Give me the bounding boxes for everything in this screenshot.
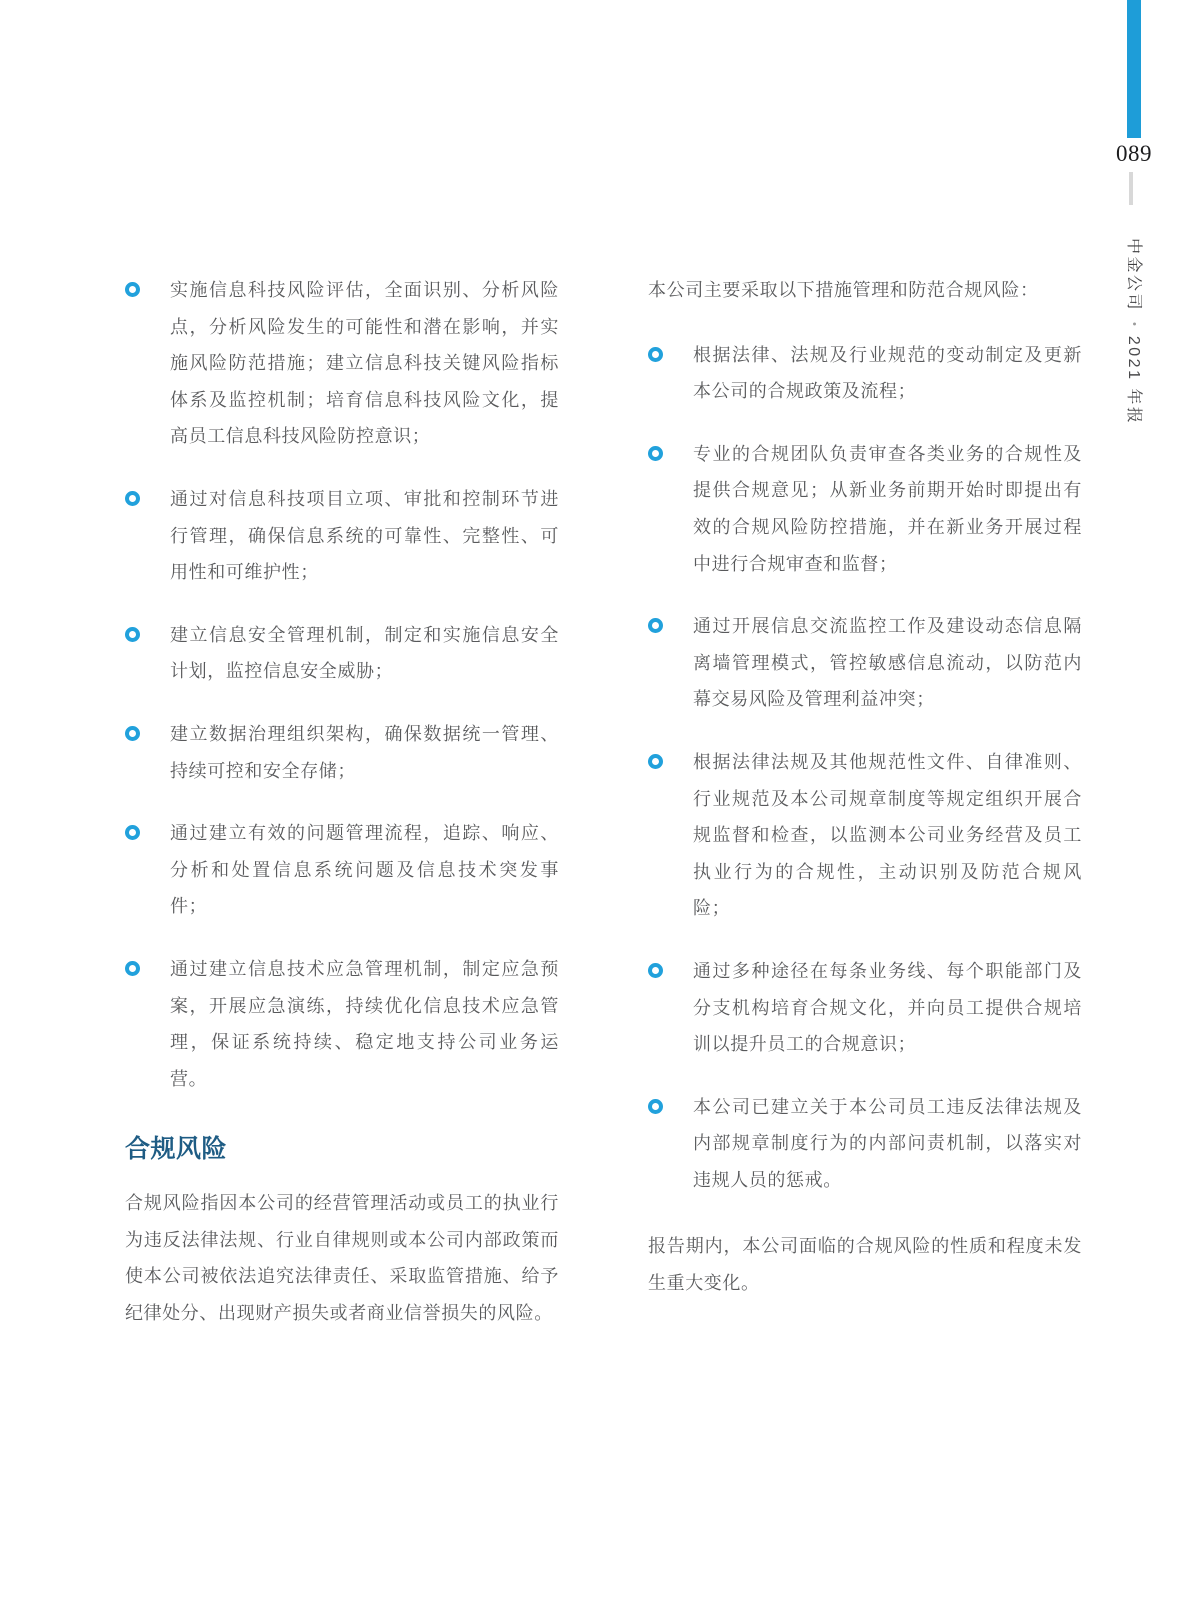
bullet-text: 根据法律法规及其他规范性文件、自律准则、行业规范及本公司规章制度等规定组织开展合… [693,744,1082,927]
reporting-period-closing-paragraph: 报告期内，本公司面临的合规风险的性质和程度未发生重大变化。 [648,1228,1082,1301]
bullet-text: 根据法律、法规及行业规范的变动制定及更新本公司的合规政策及流程； [693,337,1082,410]
bullet-ring-icon [125,825,140,840]
bullet-ring-icon [125,961,140,976]
compliance-risk-definition-paragraph: 合规风险指因本公司的经营管理活动或员工的执业行为违反法律法规、行业自律规则或本公… [125,1185,559,1331]
bullet-text: 实施信息科技风险评估，全面识别、分析风险点，分析风险发生的可能性和潜在影响，并实… [170,272,559,455]
list-item: 实施信息科技风险评估，全面识别、分析风险点，分析风险发生的可能性和潜在影响，并实… [125,272,559,455]
bullet-ring-icon [648,446,663,461]
list-item: 专业的合规团队负责审查各类业务的合规性及提供合规意见；从新业务前期开始时即提出有… [648,436,1082,582]
list-item: 通过对信息科技项目立项、审批和控制环节进行管理，确保信息系统的可靠性、完整性、可… [125,481,559,591]
list-item: 通过开展信息交流监控工作及建设动态信息隔离墙管理模式，管控敏感信息流动，以防范内… [648,608,1082,718]
bullet-text: 通过多种途径在每条业务线、每个职能部门及分支机构培育合规文化，并向员工提供合规培… [693,953,1082,1063]
list-item: 通过建立有效的问题管理流程，追踪、响应、分析和处置信息系统问题及信息技术突发事件… [125,815,559,925]
section-heading-compliance-risk: 合规风险 [125,1129,559,1165]
bullet-text: 建立信息安全管理机制，制定和实施信息安全计划，监控信息安全威胁； [170,617,559,690]
side-caption-report: 2021 年报 [1125,336,1142,426]
bullet-dot-icon: • [1128,322,1140,326]
list-item: 本公司已建立关于本公司员工违反法律法规及内部规章制度行为的内部问责机制，以落实对… [648,1089,1082,1199]
bullet-text: 通过开展信息交流监控工作及建设动态信息隔离墙管理模式，管控敏感信息流动，以防范内… [693,608,1082,718]
page-number-rule [1129,172,1133,205]
bullet-text: 专业的合规团队负责审查各类业务的合规性及提供合规意见；从新业务前期开始时即提出有… [693,436,1082,582]
list-item: 通过建立信息技术应急管理机制，制定应急预案，开展应急演练，持续优化信息技术应急管… [125,951,559,1097]
list-item: 通过多种途径在每条业务线、每个职能部门及分支机构培育合规文化，并向员工提供合规培… [648,953,1082,1063]
bullet-text: 通过对信息科技项目立项、审批和控制环节进行管理，确保信息系统的可靠性、完整性、可… [170,481,559,591]
bullet-text: 通过建立有效的问题管理流程，追踪、响应、分析和处置信息系统问题及信息技术突发事件… [170,815,559,925]
bullet-ring-icon [125,491,140,506]
page-number: 089 [1101,141,1167,167]
list-item: 建立信息安全管理机制，制定和实施信息安全计划，监控信息安全威胁； [125,617,559,690]
bullet-ring-icon [125,726,140,741]
bullet-ring-icon [648,618,663,633]
bullet-text: 建立数据治理组织架构，确保数据统一管理、持续可控和安全存储； [170,716,559,789]
top-accent-bar [1127,0,1141,138]
list-item: 根据法律、法规及行业规范的变动制定及更新本公司的合规政策及流程； [648,337,1082,410]
bullet-ring-icon [648,347,663,362]
side-caption: 中金公司•2021 年报 [1124,238,1147,425]
right-column: 本公司主要采取以下措施管理和防范合规风险： 根据法律、法规及行业规范的变动制定及… [648,272,1082,1302]
measures-intro-paragraph: 本公司主要采取以下措施管理和防范合规风险： [648,272,1082,309]
bullet-text: 通过建立信息技术应急管理机制，制定应急预案，开展应急演练，持续优化信息技术应急管… [170,951,559,1097]
bullet-ring-icon [648,754,663,769]
bullet-ring-icon [125,282,140,297]
list-item: 根据法律法规及其他规范性文件、自律准则、行业规范及本公司规章制度等规定组织开展合… [648,744,1082,927]
side-caption-company: 中金公司 [1125,238,1142,312]
list-item: 建立数据治理组织架构，确保数据统一管理、持续可控和安全存储； [125,716,559,789]
bullet-text: 本公司已建立关于本公司员工违反法律法规及内部规章制度行为的内部问责机制，以落实对… [693,1089,1082,1199]
left-column: 实施信息科技风险评估，全面识别、分析风险点，分析风险发生的可能性和潜在影响，并实… [125,272,559,1332]
bullet-ring-icon [648,963,663,978]
bullet-ring-icon [648,1099,663,1114]
bullet-ring-icon [125,627,140,642]
